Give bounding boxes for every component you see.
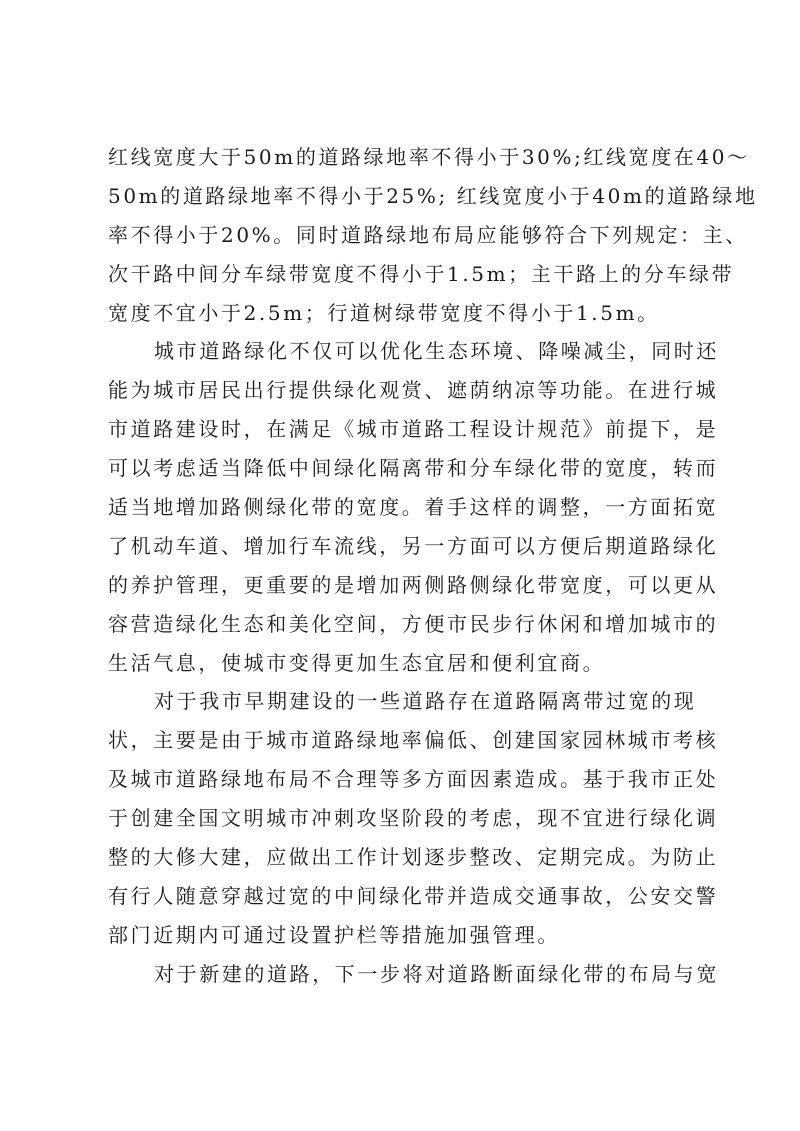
- text-line: 整的大修大建，应做出工作计划逐步整改、定期完成。为防止: [108, 838, 694, 877]
- text-line: 了机动车道、增加行车流线，另一方面可以方便后期道路绿化: [108, 527, 694, 566]
- text-line: 率不得小于20%。同时道路绿地布局应能够符合下列规定：主、: [108, 216, 694, 255]
- text-line: 红线宽度大于50m的道路绿地率不得小于30%;红线宽度在40～: [108, 138, 694, 177]
- text-line: 状，主要是由于城市道路绿地率偏低、创建国家园林城市考核: [108, 721, 694, 760]
- document-page: 红线宽度大于50m的道路绿地率不得小于30%;红线宽度在40～ 50m的道路绿地…: [108, 138, 694, 994]
- text-line: 适当地增加路侧绿化带的宽度。着手这样的调整，一方面拓宽: [108, 488, 694, 527]
- text-line: 及城市道路绿地布局不合理等多方面因素造成。基于我市正处: [108, 760, 694, 799]
- text-line: 于创建全国文明城市冲刺攻坚阶段的考虑，现不宜进行绿化调: [108, 799, 694, 838]
- paragraph-start-line: 城市道路绿化不仅可以优化生态环境、降噪减尘，同时还: [108, 332, 694, 371]
- text-line: 次干路中间分车绿带宽度不得小于1.5m；主干路上的分车绿带: [108, 255, 694, 294]
- text-line: 50m的道路绿地率不得小于25%; 红线宽度小于40m的道路绿地: [108, 177, 694, 216]
- text-line: 有行人随意穿越过宽的中间绿化带并造成交通事故，公安交警: [108, 877, 694, 916]
- text-line: 部门近期内可通过设置护栏等措施加强管理。: [108, 916, 694, 955]
- text-line: 可以考虑适当降低中间绿化隔离带和分车绿化带的宽度，转而: [108, 449, 694, 488]
- text-line: 宽度不宜小于2.5m；行道树绿带宽度不得小于1.5m。: [108, 294, 694, 333]
- paragraph-start-line: 对于我市早期建设的一些道路存在道路隔离带过宽的现: [108, 682, 694, 721]
- text-line: 容营造绿化生态和美化空间，方便市民步行休闲和增加城市的: [108, 605, 694, 644]
- text-line: 市道路建设时，在满足《城市道路工程设计规范》前提下，是: [108, 410, 694, 449]
- paragraph-start-line: 对于新建的道路，下一步将对道路断面绿化带的布局与宽: [108, 955, 694, 994]
- text-line: 生活气息，使城市变得更加生态宜居和便利宜商。: [108, 644, 694, 683]
- text-line: 能为城市居民出行提供绿化观赏、遮荫纳凉等功能。在进行城: [108, 371, 694, 410]
- text-line: 的养护管理，更重要的是增加两侧路侧绿化带宽度，可以更从: [108, 566, 694, 605]
